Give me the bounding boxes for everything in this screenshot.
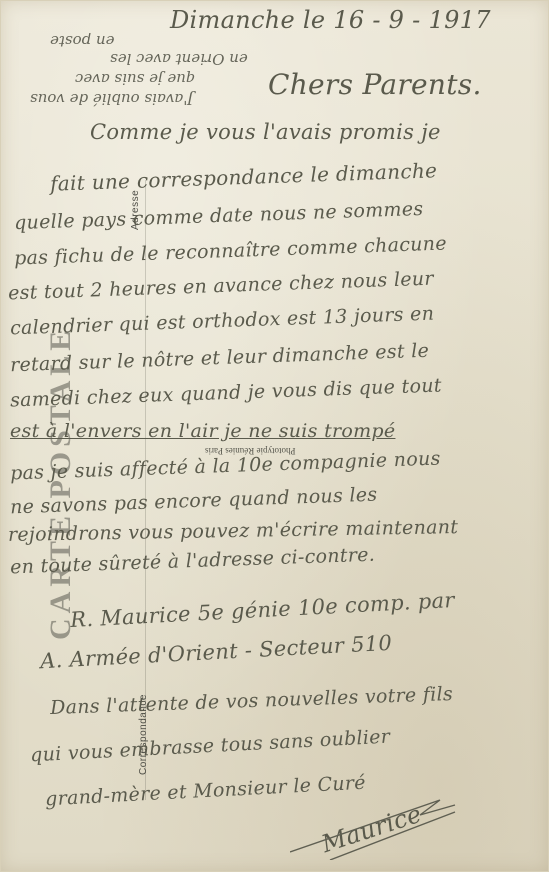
upside-down-note-line-1: en poste (50, 32, 115, 50)
salutation: Chers Parents. (268, 68, 482, 101)
address-line-2: A. Armée d'Orient - Secteur 510 (40, 631, 393, 673)
closing-line: qui vous embrasse tous sans oublier (30, 726, 391, 767)
body-line: quelle pays comme date nous ne sommes (14, 198, 424, 234)
closing-line: Dans l'attente de vos nouvelles votre fi… (50, 683, 454, 719)
signature-flourish-icon (290, 790, 460, 860)
body-line: est à l'envers en l'air je ne suis tromp… (10, 420, 395, 442)
body-line: est tout 2 heures en avance chez nous le… (8, 268, 434, 305)
body-line: fait une correspondance le dimanche (50, 158, 438, 196)
upside-down-note-line-4: J'avais oublié de vous (30, 90, 193, 108)
upside-down-note-line-3: que je suis avec (75, 70, 196, 88)
date-line: Dimanche le 16 - 9 - 1917 (170, 6, 491, 34)
address-line-1: R. Maurice 5e génie 10e comp. par (70, 588, 456, 632)
body-line: pas fichu de le reconnaître comme chacun… (14, 232, 447, 269)
body-line: calendrier qui est orthodox est 13 jours… (10, 303, 435, 340)
upside-down-note-line-2: en Orient avec les (110, 50, 248, 68)
body-line: Comme je vous l'avais promis je (90, 120, 441, 144)
postcard: CARTE POSTALE Adresse Correspondance Pho… (0, 0, 549, 872)
